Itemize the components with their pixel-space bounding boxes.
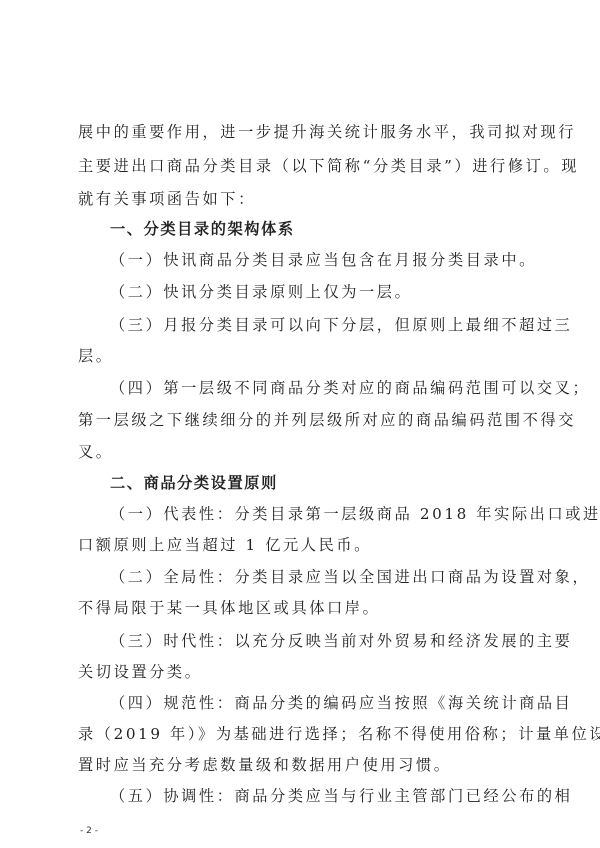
body-text-line: （一）代表性：分类目录第一层级商品 2018 年实际出口或进 bbox=[110, 504, 554, 524]
body-text-line: 口额原则上应当超过 1 亿元人民币。 bbox=[78, 535, 522, 555]
body-text-line: 就有关事项函告如下： bbox=[78, 189, 522, 209]
body-text-line: 第一层级之下继续细分的并列层级所对应的商品编码范围不得交 bbox=[78, 410, 522, 430]
body-text-line: 层。 bbox=[78, 346, 522, 366]
body-text-line: 关切设置分类。 bbox=[78, 662, 522, 682]
body-text-line: 叉。 bbox=[78, 442, 522, 462]
body-text-line: （三）时代性：以充分反映当前对外贸易和经济发展的主要 bbox=[110, 631, 554, 651]
body-text-line: （四）第一层级不同商品分类对应的商品编码范围可以交叉； bbox=[110, 378, 554, 398]
body-text-line: 展中的重要作用，进一步提升海关统计服务水平，我司拟对现行 bbox=[78, 122, 522, 142]
body-text-line: 录（2019 年）》为基础进行选择；名称不得使用俗称；计量单位设 bbox=[78, 724, 522, 744]
body-text-line: （三）月报分类目录可以向下分层，但原则上最细不超过三 bbox=[110, 315, 554, 335]
body-text-line: （四）规范性：商品分类的编码应当按照《海关统计商品目 bbox=[110, 693, 554, 713]
body-text-line: （五）协调性：商品分类应当与行业主管部门已经公布的相 bbox=[110, 786, 554, 806]
body-text-line: （一）快讯商品分类目录应当包含在月报分类目录中。 bbox=[110, 250, 554, 270]
section-heading-2: 二、商品分类设置原则 bbox=[110, 473, 554, 493]
body-text-line: 置时应当充分考虑数量级和数据用户使用习惯。 bbox=[78, 755, 522, 775]
section-heading-1: 一、分类目录的架构体系 bbox=[110, 219, 554, 239]
body-text-line: （二）快讯分类目录原则上仅为一层。 bbox=[110, 282, 554, 302]
body-text-line: （二）全局性：分类目录应当以全国进出口商品为设置对象， bbox=[110, 567, 554, 587]
page-number: - 2 - bbox=[80, 826, 98, 836]
document-page: 展中的重要作用，进一步提升海关统计服务水平，我司拟对现行 主要进出口商品分类目录… bbox=[0, 0, 600, 848]
body-text-line: 不得局限于某一具体地区或具体口岸。 bbox=[78, 598, 522, 618]
body-text-line: 主要进出口商品分类目录（以下简称“分类目录”）进行修订。现 bbox=[78, 156, 522, 176]
